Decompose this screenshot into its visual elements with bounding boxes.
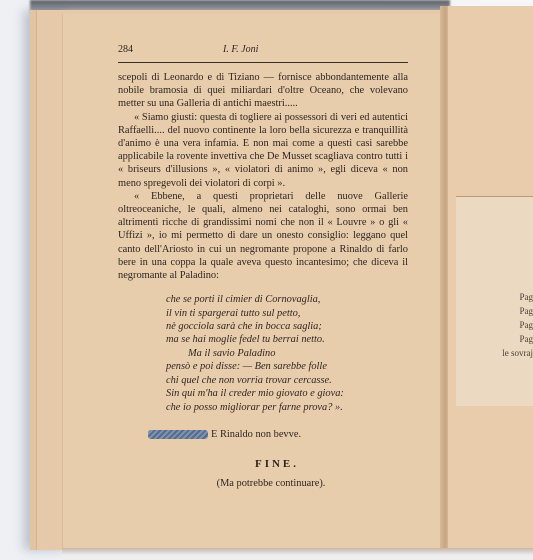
verse-line: chi quel che non vorria trovar cercasse.: [166, 374, 408, 387]
toc-line: Pag: [470, 318, 533, 332]
prose-body: scepoli di Leonardo e di Tiziano — forni…: [118, 71, 408, 282]
verse-quote: che se porti il cimier di Cornovaglia, i…: [166, 293, 408, 414]
paragraph: « Ebbene, a questi proprietari delle nuo…: [118, 190, 408, 282]
toc-line: Pag: [470, 304, 533, 318]
running-title: I. F. Joni: [223, 44, 258, 55]
header-rule: [118, 62, 408, 63]
toc-line: Pag: [470, 332, 533, 346]
verse-line: il vin ti spargerai tutto sul petto,: [166, 307, 408, 320]
page-number: 284: [118, 44, 158, 55]
closing-text: E Rinaldo non bevve.: [211, 429, 301, 440]
paragraph: scepoli di Leonardo e di Tiziano — forni…: [118, 71, 408, 111]
verse-line: pensò e poi disse: — Ben sarebbe folle: [166, 360, 408, 373]
verse-line: che se porti il cimier di Cornovaglia,: [166, 293, 408, 306]
verse-line: Sin qui m'ha il creder mio giovato e gio…: [166, 387, 408, 400]
toc-line: Pag: [470, 290, 533, 304]
bottom-edge: [62, 548, 533, 560]
end-title: FINE.: [118, 458, 408, 470]
closing-line: E Rinaldo non bevve.: [148, 429, 408, 440]
toc-line: le sovraj: [470, 346, 533, 360]
book-photo: Pag Pag Pag Pag le sovraj 284 I. F. Joni…: [0, 0, 533, 560]
paragraph: « Siamo giusti: questa di togliere ai po…: [118, 111, 408, 190]
page-header: 284 I. F. Joni: [118, 44, 408, 58]
verse-line: ma se hai moglie fedel tu berrai netto.: [166, 333, 408, 346]
verse-line: Ma il savio Paladino: [166, 347, 408, 360]
page-text: 284 I. F. Joni scepoli di Leonardo e di …: [118, 44, 408, 489]
ink-scribble: [148, 430, 208, 439]
right-page-toc: Pag Pag Pag Pag le sovraj: [470, 290, 533, 360]
verse-line: che io posso migliorar per farne prova? …: [166, 401, 408, 414]
verse-line: nè gocciola sarà che in bocca saglia;: [166, 320, 408, 333]
end-note: (Ma potrebbe continuare).: [118, 478, 408, 489]
